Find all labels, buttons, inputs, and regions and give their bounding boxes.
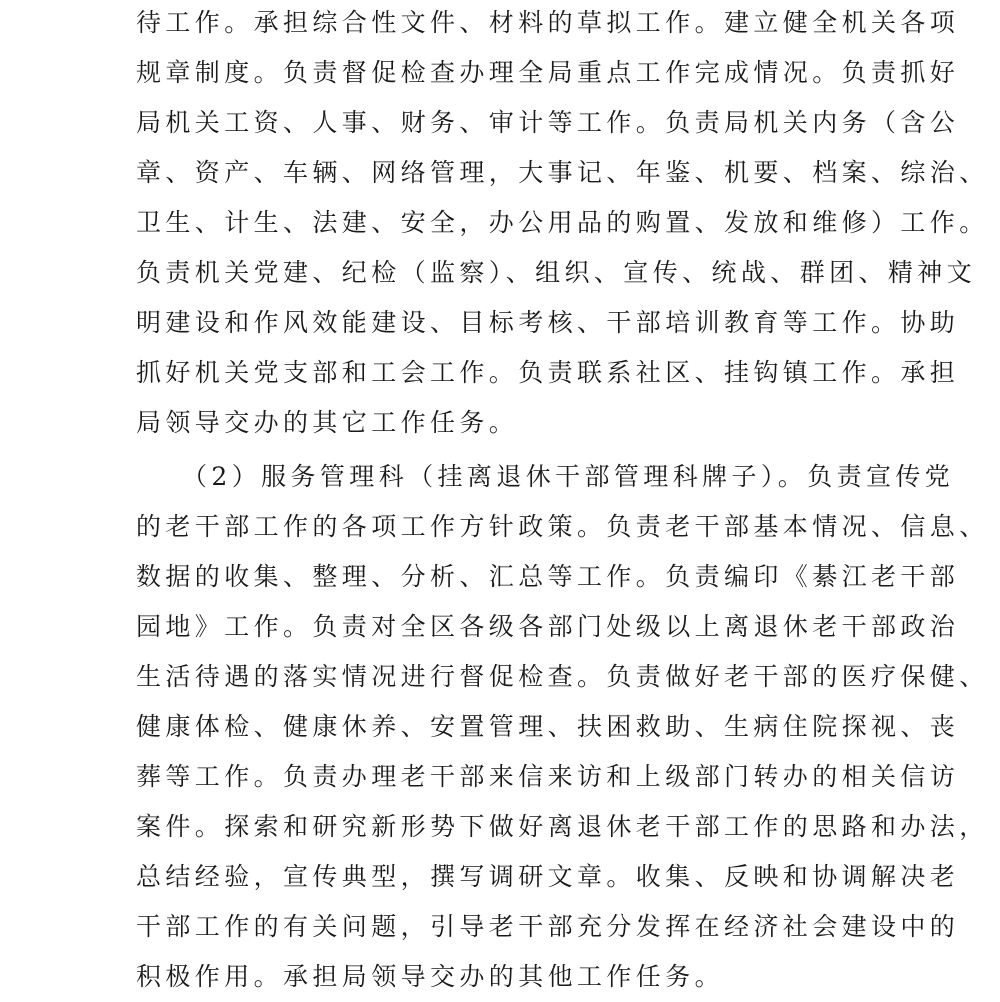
text-line: 局机关工资、人事、财务、审计等工作。负责局机关内务（含公: [136, 98, 959, 148]
text-line: 规章制度。负责督促检查办理全局重点工作完成情况。负责抓好: [136, 48, 959, 98]
text-line: 数据的收集、整理、分析、汇总等工作。负责编印《綦江老干部: [136, 552, 959, 602]
text-line: 案件。探索和研究新形势下做好离退休老干部工作的思路和办法，: [136, 802, 989, 852]
text-line: 局领导交办的其它工作任务。: [136, 398, 518, 448]
text-line: 待工作。承担综合性文件、材料的草拟工作。建立健全机关各项: [136, 0, 959, 48]
text-line: 干部工作的有关问题，引导老干部充分发挥在经济社会建设中的: [136, 902, 959, 952]
text-line: 卫生、计生、法建、安全，办公用品的购置、发放和维修）工作。: [136, 198, 989, 248]
text-line: 总结经验，宣传典型，撰写调研文章。收集、反映和协调解决老: [136, 852, 959, 902]
text-line: 生活待遇的落实情况进行督促检查。负责做好老干部的医疗保健、: [136, 652, 989, 702]
text-line: 明建设和作风效能建设、目标考核、干部培训教育等工作。协助: [136, 298, 959, 348]
text-line: 的老干部工作的各项工作方针政策。负责老干部基本情况、信息、: [136, 502, 989, 552]
text-line: 积极作用。承担局领导交办的其他工作任务。: [136, 952, 724, 1002]
document-page: 待工作。承担综合性文件、材料的草拟工作。建立健全机关各项 规章制度。负责督促检查…: [0, 0, 1000, 1002]
text-line: 园地》工作。负责对全区各级各部门处级以上离退休老干部政治: [136, 602, 959, 652]
text-line: 葬等工作。负责办理老干部来信来访和上级部门转办的相关信访: [136, 752, 959, 802]
text-line: 负责机关党建、纪检（监察）、组织、宣传、统战、群团、精神文: [136, 248, 976, 298]
text-line: 章、资产、车辆、网络管理，大事记、年鉴、机要、档案、综治、: [136, 148, 989, 198]
text-line: 抓好机关党支部和工会工作。负责联系社区、挂钩镇工作。承担: [136, 348, 959, 398]
section-heading-line: （2）服务管理科（挂离退休干部管理科牌子）。负责宣传党: [182, 452, 954, 502]
text-line: 健康体检、健康休养、安置管理、扶困救助、生病住院探视、丧: [136, 702, 959, 752]
